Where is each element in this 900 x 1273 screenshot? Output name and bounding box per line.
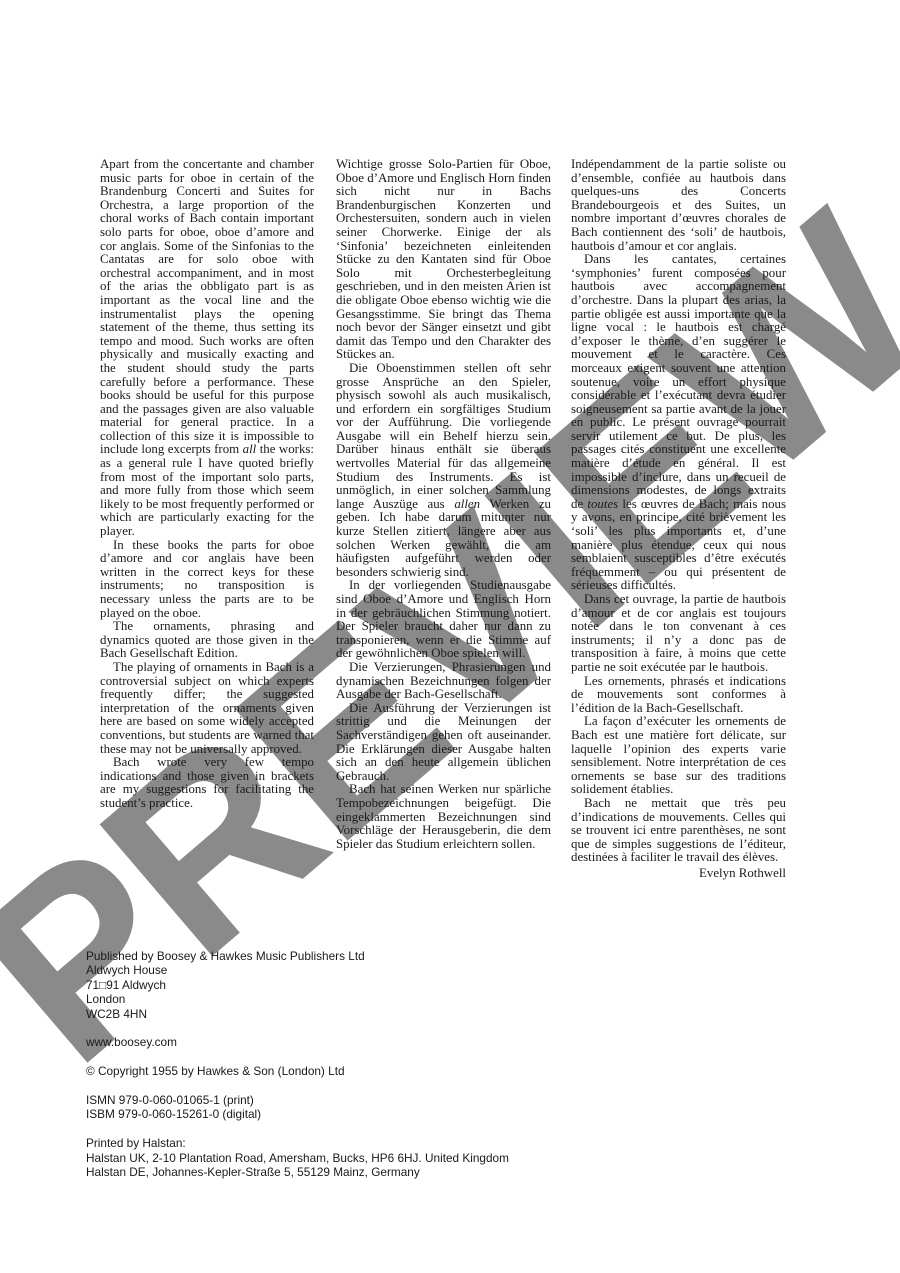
document-page: PREVIEW Apart from the concertante and c… [0,0,900,1273]
printer-de-address: Halstan DE, Johannes-Kepler-Straße 5, 55… [86,1165,509,1179]
german-paragraph-2: Die Oboenstimmen stellen oft sehr grosse… [336,362,551,580]
french-paragraph-5: La façon d’exécuter les ornements de Bac… [571,715,786,797]
french-paragraph-2: Dans les cantates, certaines ‘symphonies… [571,253,786,593]
address-line: Aldwych House [86,963,509,977]
isbm-digital: ISBM 979-0-060-15261-0 (digital) [86,1107,509,1121]
paragraph-text: the works: as a general rule I have quot… [100,442,314,538]
english-paragraph-1: Apart from the concertante and chamber m… [100,158,314,539]
italic-emphasis: all [243,442,257,456]
copyright-line: © Copyright 1955 by Hawkes & Son (London… [86,1064,509,1078]
address-line: 71□91 Aldwych [86,978,509,992]
italic-emphasis: allen [454,497,480,511]
french-paragraph-3: Dans cet ouvrage, la partie de hautbois … [571,593,786,675]
german-paragraph-1: Wichtige grosse Solo-Partien für Oboe, O… [336,158,551,362]
english-paragraph-4: The playing of ornaments in Bach is a co… [100,661,314,756]
website-link[interactable]: www.boosey.com [86,1035,509,1049]
address-line: WC2B 4HN [86,1007,509,1021]
publisher-imprint: Published by Boosey & Hawkes Music Publi… [86,949,509,1179]
paragraph-text: Dans les cantates, certaines ‘symphonies… [571,252,786,511]
preface-french-column: Indépendamment de la partie soliste ou d… [571,158,786,880]
german-paragraph-5: Die Ausführung der Verzierungen ist stri… [336,702,551,784]
spacer [86,1122,509,1136]
paragraph-text: Die Oboenstimmen stellen oft sehr grosse… [336,361,551,511]
author-signature: Evelyn Rothwell [571,867,786,881]
spacer [86,1050,509,1064]
german-paragraph-3: In der vorliegenden Studienausgabe sind … [336,579,551,661]
italic-emphasis: toutes [587,497,618,511]
paragraph-text: Apart from the concertante and chamber m… [100,157,314,456]
english-paragraph-3: The ornaments, phrasing and dynamics quo… [100,620,314,661]
paragraph-text: les œuvres de Bach; mais nous y avons, e… [571,497,786,593]
printed-by-label: Printed by Halstan: [86,1136,509,1150]
preface-english-column: Apart from the concertante and chamber m… [100,158,314,811]
french-paragraph-4: Les ornements, phrasés et indications de… [571,675,786,716]
french-paragraph-1: Indépendamment de la partie soliste ou d… [571,158,786,253]
spacer [86,1021,509,1035]
spacer [86,1079,509,1093]
printer-uk-address: Halstan UK, 2-10 Plantation Road, Amersh… [86,1151,509,1165]
preface-german-column: Wichtige grosse Solo-Partien für Oboe, O… [336,158,551,851]
address-line: London [86,992,509,1006]
publisher-line: Published by Boosey & Hawkes Music Publi… [86,949,509,963]
english-paragraph-2: In these books the parts for oboe d’amor… [100,539,314,621]
english-paragraph-5: Bach wrote very few tempo indications an… [100,756,314,810]
german-paragraph-6: Bach hat seinen Werken nur spärliche Tem… [336,783,551,851]
ismn-print: ISMN 979-0-060-01065-1 (print) [86,1093,509,1107]
french-paragraph-6: Bach ne mettait que très peu d’indicatio… [571,797,786,865]
german-paragraph-4: Die Verzierungen, Phrasierungen und dyna… [336,661,551,702]
